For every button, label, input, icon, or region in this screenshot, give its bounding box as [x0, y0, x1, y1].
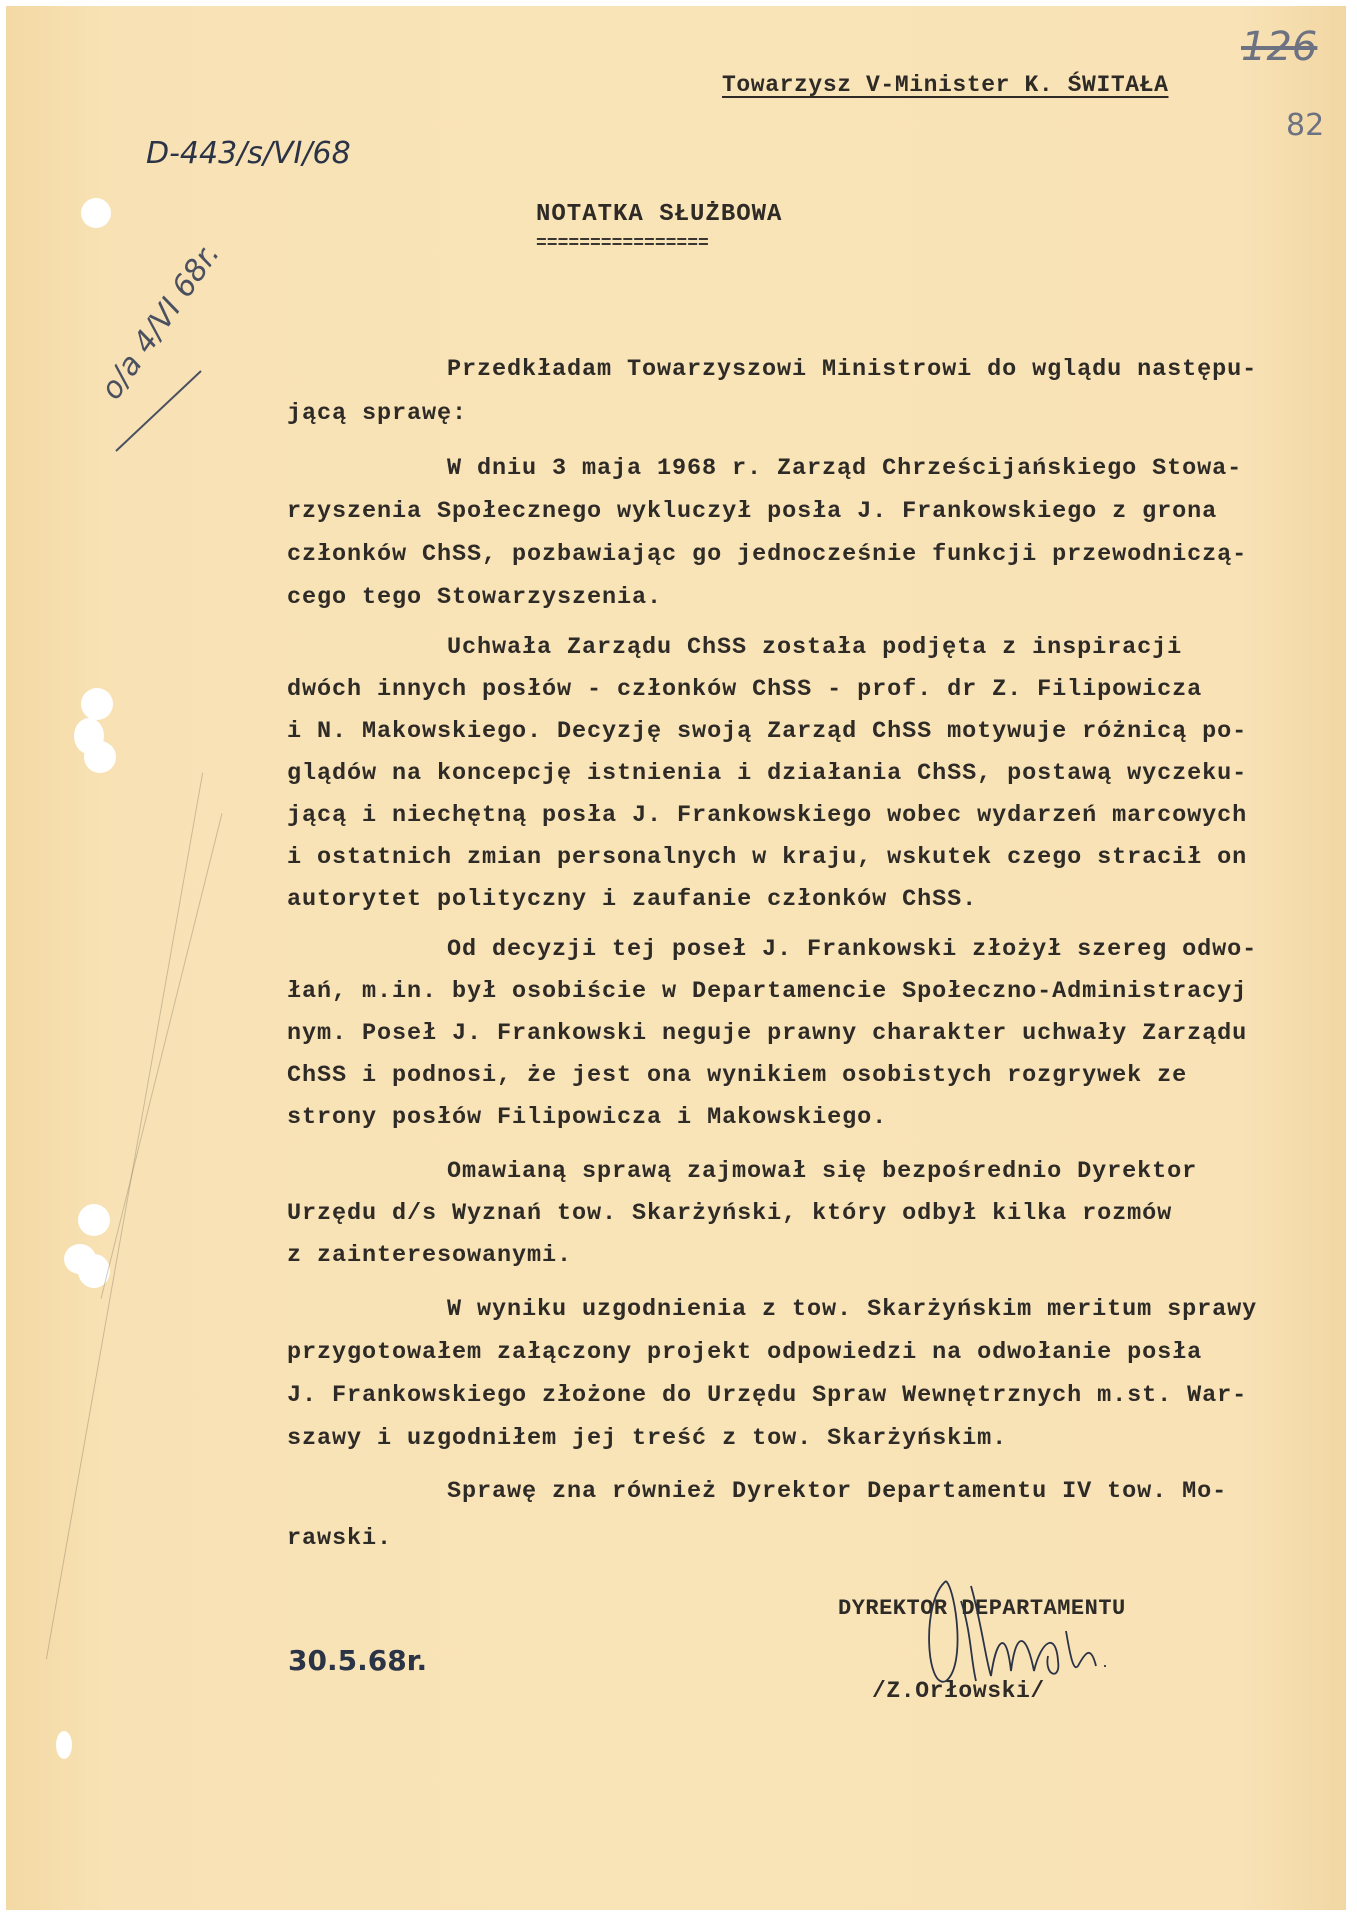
body-line: członków ChSS, pozbawiając go jednocześn…	[287, 541, 1247, 568]
body-line: W dniu 3 maja 1968 r. Zarząd Chrześcijań…	[447, 455, 1242, 482]
body-line: J. Frankowskiego złożone do Urzędu Spraw…	[287, 1382, 1247, 1409]
body-line: Sprawę zna również Dyrektor Departamentu…	[447, 1478, 1227, 1505]
document-page: Towarzysz V-Minister K. ŚWITAŁA 126 82 D…	[6, 6, 1346, 1910]
fold-line	[101, 813, 223, 1298]
body-line: Uchwała Zarządu ChSS została podjęta z i…	[447, 634, 1182, 661]
body-line: z zainteresowanymi.	[287, 1242, 572, 1269]
punch-hole	[56, 1731, 72, 1759]
body-line: szawy i uzgodniłem jej treść z tow. Skar…	[287, 1425, 1007, 1452]
body-line: jącą i niechętną posła J. Frankowskiego …	[287, 802, 1247, 829]
addressee: Towarzysz V-Minister K. ŚWITAŁA	[722, 72, 1168, 98]
body-line: łań, m.in. był osobiście w Departamencie…	[287, 978, 1247, 1005]
body-line: dwóch innych posłów - członków ChSS - pr…	[287, 676, 1202, 703]
struck-page-number: 126	[1241, 24, 1317, 70]
document-title: NOTATKA SŁUŻBOWA	[536, 201, 782, 228]
handwritten-date: 30.5.68r.	[288, 1644, 427, 1677]
handwritten-signature	[916, 1571, 1136, 1706]
body-line: Przedkładam Towarzyszowi Ministrowi do w…	[447, 356, 1257, 383]
body-line: Od decyzji tej poseł J. Frankowski złoży…	[447, 936, 1257, 963]
punch-hole	[84, 741, 116, 773]
reference-number: D-443/s/VI/68	[146, 136, 351, 171]
body-line: cego tego Stowarzyszenia.	[287, 584, 662, 611]
title-underline: ================	[536, 234, 709, 254]
body-line: jącą sprawę:	[287, 400, 467, 427]
body-line: autorytet polityczny i zaufanie członków…	[287, 886, 977, 913]
strike-mark-icon	[106, 366, 206, 456]
punch-hole	[78, 1204, 110, 1236]
body-line: i N. Makowskiego. Decyzję swoją Zarząd C…	[287, 718, 1247, 745]
body-line: W wyniku uzgodnienia z tow. Skarżyńskim …	[447, 1296, 1257, 1323]
body-line: Omawianą sprawą zajmował się bezpośredni…	[447, 1158, 1197, 1185]
page-number: 82	[1286, 108, 1324, 143]
body-line: rawski.	[287, 1525, 392, 1552]
body-line: strony posłów Filipowicza i Makowskiego.	[287, 1104, 887, 1131]
body-line: i ostatnich zmian personalnych w kraju, …	[287, 844, 1247, 871]
body-line: nym. Poseł J. Frankowski neguje prawny c…	[287, 1020, 1247, 1047]
body-line: rzyszenia Społecznego wykluczył posła J.…	[287, 498, 1217, 525]
body-line: ChSS i podnosi, że jest ona wynikiem oso…	[287, 1062, 1187, 1089]
fold-line	[46, 773, 203, 1660]
body-line: Urzędu d/s Wyznań tow. Skarżyński, który…	[287, 1200, 1172, 1227]
body-line: przygotowałem załączony projekt odpowied…	[287, 1339, 1202, 1366]
signature-icon	[916, 1571, 1136, 1701]
punch-hole	[81, 688, 113, 720]
body-line: glądów na koncepcję istnienia i działani…	[287, 760, 1247, 787]
punch-hole	[81, 198, 111, 228]
